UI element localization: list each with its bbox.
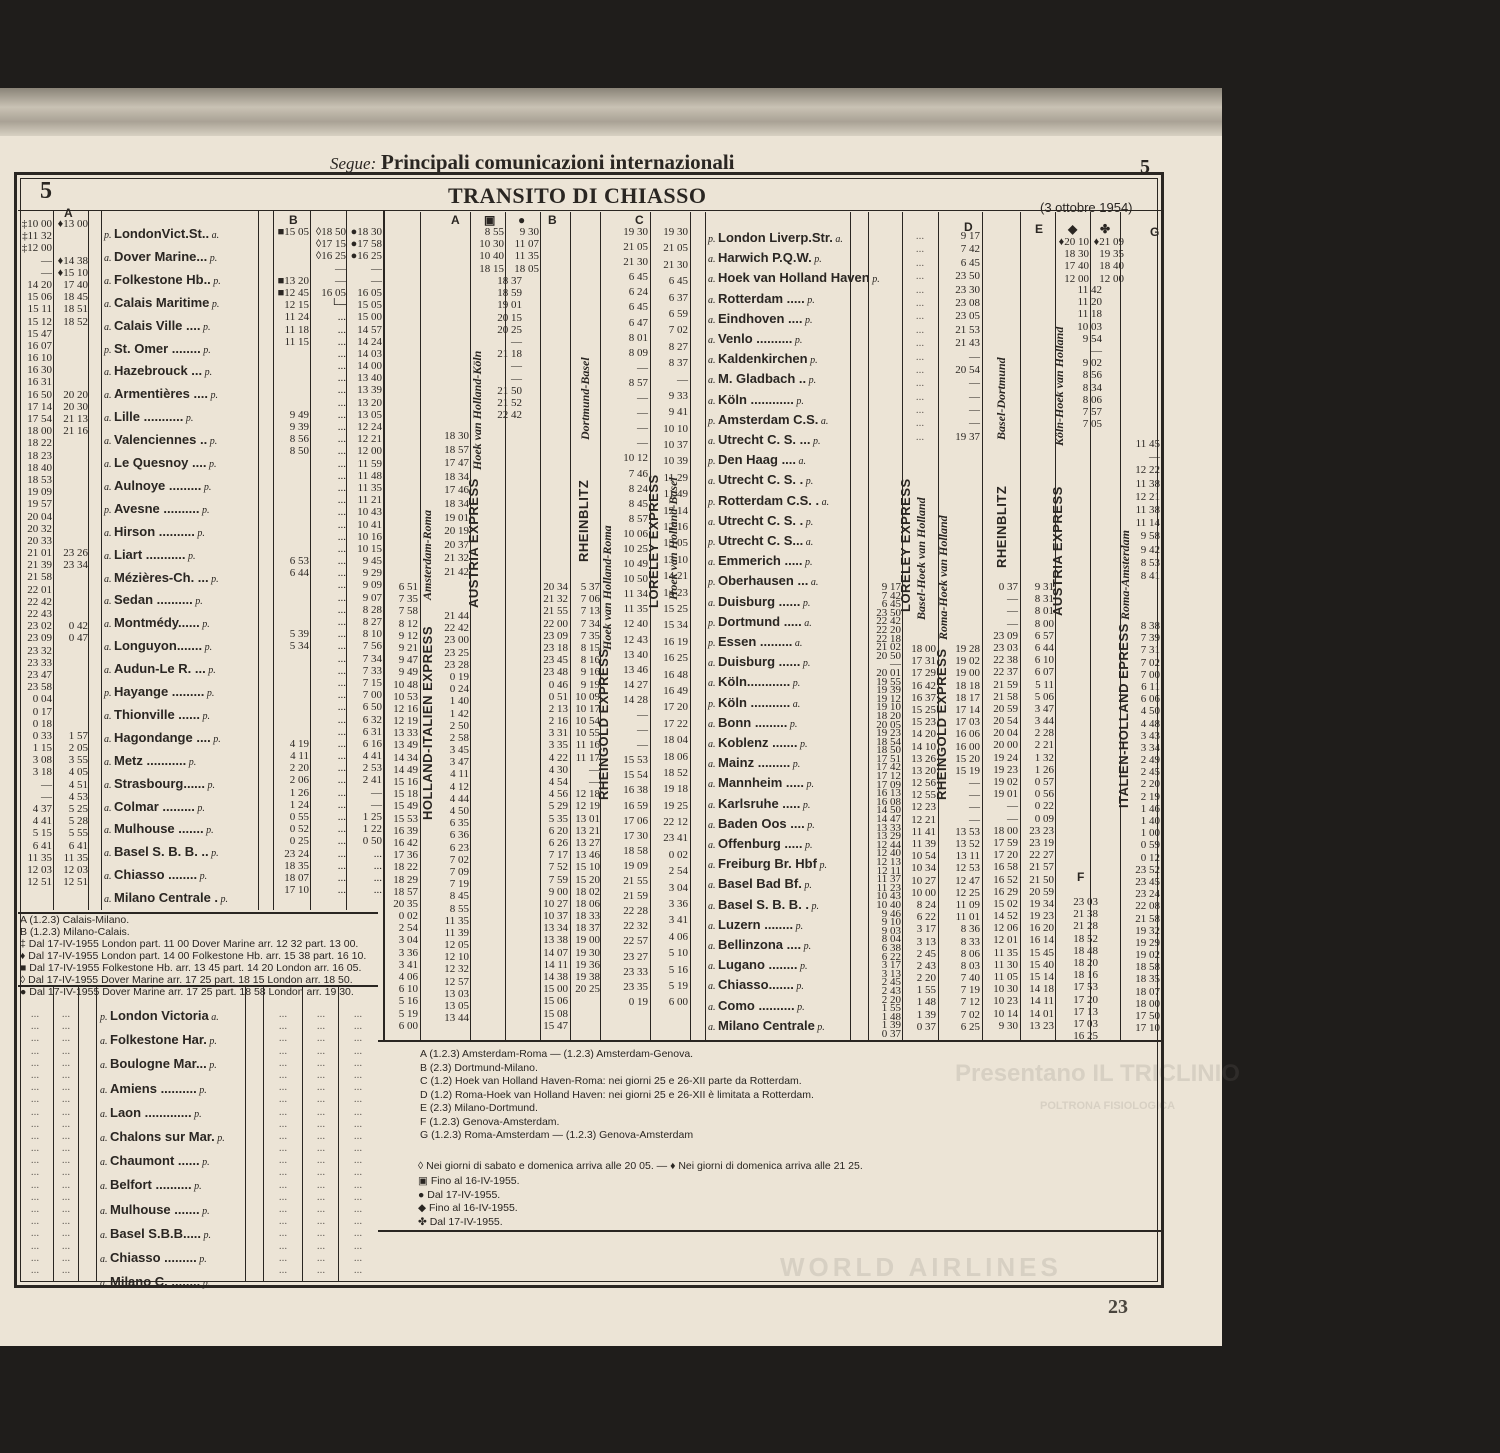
time-cell: 18 30: [1055, 248, 1089, 260]
time-cell: 15 06: [530, 995, 568, 1007]
placeholder-cell: ...: [266, 1020, 300, 1032]
time-cell: —: [612, 392, 648, 407]
time-cell: 14 34: [384, 752, 418, 764]
time-cell: 12 21: [1122, 491, 1160, 504]
time-cell: 15 02: [982, 898, 1018, 910]
arr-dep-marker: a.: [104, 390, 114, 401]
time-cell: 16 59: [612, 800, 648, 815]
time-cell: 18 04: [652, 734, 688, 750]
station-name: Bellinzona ....: [718, 937, 801, 952]
station-row: a. Como .......... p.: [708, 998, 805, 1013]
placeholder-cell: ...: [266, 1130, 300, 1142]
time-cell: 13 39: [347, 384, 382, 396]
time-cell: 10 27: [530, 898, 568, 910]
time-cell: 23 32: [18, 645, 52, 657]
time-cell: 13 05: [434, 1000, 469, 1012]
placeholder-cell: ...: [304, 1130, 338, 1142]
station-row: a. Venlo .......... p.: [708, 331, 802, 346]
arr-dep-marker: a.: [708, 678, 718, 689]
time-cell: 6 38: [868, 942, 901, 951]
arr-dep-marker: p.: [192, 1181, 202, 1192]
time-cell: 7 42: [868, 590, 901, 599]
arr-dep-marker: a.: [100, 1133, 110, 1144]
time-cell: 0 18: [18, 718, 52, 730]
time-cell: 1 40: [434, 695, 469, 707]
time-cell: 1 42: [434, 708, 469, 720]
time-cell: 8 45: [434, 890, 469, 902]
time-cell: 10 25: [612, 543, 648, 558]
column-letter-b: B: [548, 213, 557, 227]
time-cell: 15 23: [902, 716, 936, 728]
time-cell: 13 49: [384, 739, 418, 751]
time-cell: [54, 462, 88, 474]
header-rule: [18, 210, 1164, 211]
time-cell: 19 09: [18, 486, 52, 498]
placeholder-cell: ...: [266, 1264, 300, 1276]
time-cell: 7 58: [384, 605, 418, 617]
time-cell: 16 52: [982, 874, 1018, 886]
time-cell: 11 37: [868, 873, 901, 882]
time-cell: 6 57: [1020, 630, 1054, 642]
placeholder-cell: ...: [20, 1008, 50, 1020]
time-cell: 19 01: [982, 788, 1018, 800]
arr-dep-marker: p.: [787, 719, 797, 730]
station-name: Dover Marine...: [114, 249, 207, 264]
placeholder-cell: ...: [20, 1069, 50, 1081]
time-cell: 12 06: [982, 922, 1018, 934]
placeholder-cell: ...: [902, 351, 938, 364]
station-name: Chiasso .........: [110, 1250, 197, 1265]
time-cell: 0 02: [652, 849, 688, 865]
time-cell: 7 35: [570, 630, 600, 642]
time-cell: 6 20: [530, 825, 568, 837]
placeholder-cell: ...: [902, 270, 938, 283]
arr-dep-marker: a.: [100, 1206, 110, 1217]
placeholder-cell: ...: [20, 1032, 50, 1044]
time-cell: [273, 250, 309, 262]
time-cell: 1 32: [1020, 752, 1054, 764]
time-cell: 12 25: [942, 887, 980, 899]
time-cell: ...: [311, 774, 346, 786]
lower-left-col3: ........................................…: [266, 1008, 300, 1276]
time-cell: 20 01: [868, 667, 901, 676]
time-cell: 7 17: [530, 849, 568, 861]
time-cell: 17 10: [273, 884, 309, 896]
time-cell: ...: [311, 336, 346, 348]
time-cell: 10 00: [902, 887, 936, 899]
time-cell: [273, 384, 309, 396]
arr-dep-marker: p.: [208, 390, 218, 401]
time-cell: 23 50: [940, 270, 980, 283]
arr-dep-marker: a.: [104, 482, 114, 493]
time-cell: 0 12: [1122, 852, 1160, 864]
time-cell: 23 35: [612, 981, 648, 996]
placeholder-cell: ...: [340, 1081, 376, 1093]
station-name: Den Haag ....: [718, 452, 796, 467]
station-row: a. Folkestone Hb.. p.: [104, 272, 221, 287]
station-name: Montmédy......: [114, 615, 200, 630]
time-cell: ‡12 00: [18, 242, 52, 254]
time-cell: 19 32: [1122, 925, 1160, 937]
time-cell: 14 27: [612, 679, 648, 694]
arr-dep-marker: p.: [197, 871, 207, 882]
time-cell: 19 30: [612, 226, 648, 241]
arr-dep-marker: p.: [790, 678, 800, 689]
time-cell: [273, 372, 309, 384]
time-cell: [273, 397, 309, 409]
time-cell: 11 09: [942, 899, 980, 911]
col-holland-italien-right: 21 4422 4223 0023 2523 280 190 241 401 4…: [434, 610, 469, 1024]
station-name: Amiens ..........: [110, 1081, 197, 1096]
placeholder-cell: ...: [266, 1081, 300, 1093]
time-cell: 13 33: [384, 727, 418, 739]
time-cell: 6 41: [18, 840, 52, 852]
arr-dep-marker: a.: [100, 1230, 110, 1241]
time-cell: 17 20: [652, 701, 688, 717]
time-cell: 13 53: [942, 826, 980, 838]
time-cell: 16 05: [311, 287, 346, 299]
time-cell: 6 16: [347, 738, 382, 750]
time-cell: 15 05: [347, 299, 382, 311]
time-cell: 7 59: [530, 874, 568, 886]
time-cell: 22 18: [868, 633, 901, 642]
time-cell: 19 30: [652, 226, 688, 242]
time-cell: 18 29: [384, 874, 418, 886]
time-cell: 18 54: [868, 736, 901, 745]
placeholder-cell: ...: [340, 1240, 376, 1252]
time-cell: 5 37: [570, 581, 600, 593]
placeholder-cell: ...: [20, 1142, 50, 1154]
time-cell: 11 34: [612, 588, 648, 603]
time-cell: ...: [311, 506, 346, 518]
station-row: a. Bonn ......... p.: [708, 715, 797, 730]
time-cell: 8 55: [472, 226, 504, 238]
arr-dep-marker: p.: [812, 254, 822, 265]
time-cell: —: [347, 799, 382, 811]
time-cell: 2 53: [347, 762, 382, 774]
time-cell: 21 59: [612, 890, 648, 905]
time-cell: [54, 535, 88, 547]
time-cell: 6 35: [434, 817, 469, 829]
arr-dep-marker: a.: [104, 619, 114, 630]
station-name: Freiburg Br. Hbf: [718, 856, 817, 871]
chiasso-notes: ◊ Nei giorni di sabato e domenica arriva…: [418, 1160, 978, 1174]
time-cell: 6 45: [652, 275, 688, 291]
time-cell: 12 24: [347, 421, 382, 433]
station-row: a. Basel S. B. B. . p.: [708, 897, 819, 912]
placeholder-cell: ...: [902, 337, 938, 350]
arr-dep-marker: p.: [205, 780, 215, 791]
placeholder-cell: ...: [266, 1069, 300, 1081]
time-cell: 10 43: [868, 890, 901, 899]
time-cell: 4 56: [530, 788, 568, 800]
time-cell: ...: [311, 726, 346, 738]
time-cell: 6 37: [652, 292, 688, 308]
time-cell: 12 57: [434, 976, 469, 988]
train-route: Hoek van Holland-Roma: [600, 525, 615, 650]
time-cell: 13 52: [942, 838, 980, 850]
time-cell: 19 01: [486, 299, 522, 311]
time-cell: 13 20: [347, 397, 382, 409]
time-cell: 1 48: [868, 1011, 901, 1020]
time-cell: 6 24: [612, 286, 648, 301]
time-cell: ♦15 10: [54, 267, 88, 279]
arr-dep-marker: a.: [708, 274, 718, 285]
station-row: a. Le Quesnoy .... p.: [104, 455, 216, 470]
arr-dep-marker: a.: [104, 596, 114, 607]
train-label: LORELEY EXPRESS: [898, 478, 913, 612]
station-name: Hirson ..........: [114, 524, 195, 539]
footnote: B (1.2.3) Milano-Calais.: [20, 926, 380, 938]
time-cell: 2 21: [1020, 739, 1054, 751]
col-A-upper: 18 3018 5717 4718 3417 4618 3419 0120 19…: [434, 430, 469, 580]
time-cell: 6 45: [612, 271, 648, 286]
station-row: a. Köln ............ p.: [708, 392, 804, 407]
time-cell: ...: [311, 348, 346, 360]
time-cell: 3 13: [868, 968, 901, 977]
station-row: p. London Victoria a.: [100, 1008, 219, 1023]
placeholder-cell: ...: [20, 1081, 50, 1093]
arr-dep-marker: p.: [792, 335, 802, 346]
time-cell: 1 55: [902, 984, 936, 996]
time-cell: [273, 482, 309, 494]
placeholder-cell: ...: [304, 1106, 338, 1118]
time-cell: 22 32: [612, 920, 648, 935]
time-cell: ...: [311, 604, 346, 616]
placeholder-cell: ...: [266, 1106, 300, 1118]
time-cell: 22 43: [18, 608, 52, 620]
time-cell: 2 20: [273, 762, 309, 774]
station-row: a. Longuyon....... p.: [104, 638, 212, 653]
time-cell: ●16 25: [347, 250, 382, 262]
footnote: ◆ Fino al 16-IV-1955.: [418, 1202, 718, 1216]
station-name: Emmerich .....: [718, 553, 803, 568]
time-cell: 5 19: [384, 1008, 418, 1020]
time-cell: 7 52: [530, 861, 568, 873]
footnote: B (2.3) Dortmund-Milano.: [420, 1062, 1020, 1076]
placeholder-cell: ...: [54, 1240, 78, 1252]
station-row: p. Dortmund ..... a.: [708, 614, 812, 629]
arr-dep-marker: p.: [800, 800, 810, 811]
arr-dep-marker: p.: [870, 274, 880, 285]
time-cell: 8 37: [652, 357, 688, 373]
time-cell: 21 30: [612, 256, 648, 271]
time-cell: ...: [347, 884, 382, 896]
arr-dep-marker: a.: [104, 322, 114, 333]
time-cell: ...: [311, 750, 346, 762]
time-cell: [54, 450, 88, 462]
arr-dep-marker: p.: [809, 901, 819, 912]
station-row: a. Chiasso ........ p.: [104, 867, 207, 882]
arr-dep-marker: p.: [200, 711, 210, 722]
time-cell: 3 41: [384, 959, 418, 971]
time-cell: 17 30: [612, 830, 648, 845]
time-cell: 3 08: [18, 754, 52, 766]
time-cell: 19 09: [612, 860, 648, 875]
time-cell: 13 33: [868, 822, 901, 831]
placeholder-cell: ...: [340, 1032, 376, 1044]
time-cell: 22 28: [612, 905, 648, 920]
station-name: Longuyon.......: [114, 638, 202, 653]
arr-dep-marker: p.: [211, 276, 221, 287]
station-name: Hayange .........: [114, 684, 204, 699]
lower-left-col5: ........................................…: [340, 1008, 376, 1276]
placeholder-cell: ...: [266, 1142, 300, 1154]
time-cell: 18 51: [54, 303, 88, 315]
station-name: Hoek van Holland Haven: [718, 270, 870, 285]
time-cell: 1 24: [273, 799, 309, 811]
time-cell: 20 34: [530, 581, 568, 593]
time-cell: 21 58: [982, 691, 1018, 703]
arr-dep-marker: p.: [708, 577, 718, 588]
time-cell: 0 09: [1020, 813, 1054, 825]
time-cell: ◊17 15: [311, 238, 346, 250]
station-name: Rotterdam .....: [718, 291, 805, 306]
time-cell: 18 57: [434, 444, 469, 458]
time-cell: 8 01: [612, 332, 648, 347]
station-name: Mulhouse .......: [114, 821, 204, 836]
station-name: Mézières-Ch. ...: [114, 570, 209, 585]
column-letter-c: C: [635, 213, 644, 227]
time-cell: 18 00: [982, 825, 1018, 837]
station-name: Oberhausen ...: [718, 573, 808, 588]
time-cell: 17 50: [1122, 1010, 1160, 1022]
time-cell: 7 42: [940, 243, 980, 256]
time-cell: 11 59: [347, 458, 382, 470]
time-cell: 7 00: [347, 689, 382, 701]
time-cell: 6 22: [868, 951, 901, 960]
time-cell: 18 34: [434, 471, 469, 485]
time-cell: 1 26: [1020, 764, 1054, 776]
time-cell: 18 52: [652, 767, 688, 783]
arr-dep-marker: a.: [708, 476, 718, 487]
arr-dep-marker: p.: [804, 779, 814, 790]
station-row: a. Offenburg ..... p.: [708, 836, 813, 851]
arr-dep-marker: p.: [193, 596, 203, 607]
time-cell: 2 54: [652, 865, 688, 881]
time-cell: 8 24: [612, 483, 648, 498]
arr-dep-marker: a.: [100, 1036, 110, 1047]
time-cell: 19 12: [868, 693, 901, 702]
placeholder-cell: ...: [304, 1227, 338, 1239]
time-cell: 4 11: [434, 768, 469, 780]
time-cell: ...: [311, 470, 346, 482]
station-name: Avesne ..........: [114, 501, 200, 516]
time-cell: [54, 706, 88, 718]
placeholder-cell: ...: [304, 1045, 338, 1057]
arr-dep-marker: a.: [708, 436, 718, 447]
arr-dep-marker: a.: [808, 577, 818, 588]
time-cell: —: [347, 275, 382, 287]
time-cell: [273, 604, 309, 616]
time-cell: 6 26: [530, 837, 568, 849]
placeholder-cell: ...: [266, 1227, 300, 1239]
time-cell: 18 02: [570, 886, 600, 898]
arr-dep-marker: a.: [708, 739, 718, 750]
time-cell: 23 24: [273, 848, 309, 860]
left-times-col5-B: ■15 05■13 20■12 4512 1511 2411 1811 159 …: [273, 226, 309, 896]
placeholder-cell: ...: [266, 1166, 300, 1178]
time-cell: 8 28: [347, 604, 382, 616]
time-cell: 9 03: [868, 925, 901, 934]
arr-dep-marker: p.: [708, 497, 718, 508]
time-cell: 1 26: [273, 787, 309, 799]
time-cell: [273, 616, 309, 628]
time-cell: ...: [311, 811, 346, 823]
time-cell: ...: [311, 665, 346, 677]
time-cell: 10 53: [384, 691, 418, 703]
time-cell: [273, 543, 309, 555]
arr-dep-marker: p.: [803, 476, 813, 487]
arr-dep-marker: a.: [708, 1022, 718, 1033]
placeholder-cell: ...: [902, 364, 938, 377]
arr-dep-marker: p.: [800, 598, 810, 609]
time-cell: 23 26: [54, 547, 88, 559]
time-cell: 13 20: [902, 765, 936, 777]
arr-dep-marker: a.: [104, 871, 114, 882]
placeholder-cell: ...: [266, 1093, 300, 1105]
time-cell: 8 27: [652, 341, 688, 357]
time-cell: 6 00: [652, 996, 688, 1012]
footnote: E (2.3) Milano-Dortmund.: [420, 1102, 1020, 1116]
time-cell: 0 37: [902, 1021, 936, 1033]
time-cell: 19 24: [982, 752, 1018, 764]
time-cell: 19 36: [570, 959, 600, 971]
station-name: Chalons sur Mar.: [110, 1129, 215, 1144]
time-cell: 13 01: [570, 813, 600, 825]
col-loreley-left: 9 177 426 4523 5022 4222 2022 1821 0220 …: [868, 581, 901, 1036]
time-cell: 14 00: [347, 360, 382, 372]
arr-dep-marker: p.: [708, 234, 718, 245]
time-cell: [54, 230, 88, 242]
footnote: ◊ Nei giorni di sabato e domenica arriva…: [418, 1160, 978, 1174]
time-cell: 7 02: [652, 324, 688, 340]
arr-dep-marker: a.: [104, 734, 114, 745]
time-cell: 3 31: [530, 727, 568, 739]
placeholder-cell: ...: [902, 377, 938, 390]
column-divider: [850, 212, 851, 1040]
placeholder-cell: ...: [20, 1191, 50, 1203]
time-cell: 17 51: [868, 753, 901, 762]
time-cell: 18 20: [868, 710, 901, 719]
time-cell: 15 14: [1020, 971, 1054, 983]
time-cell: 19 34: [1020, 898, 1054, 910]
placeholder-cell: ...: [20, 1203, 50, 1215]
station-name: Köln............: [718, 674, 790, 689]
station-name: Thionville ......: [114, 707, 200, 722]
time-cell: ...: [311, 628, 346, 640]
arr-dep-marker: p.: [805, 295, 815, 306]
arr-dep-marker: p.: [104, 505, 114, 516]
time-cell: 12 32: [434, 963, 469, 975]
time-cell: [273, 470, 309, 482]
station-row: a. Folkestone Har. p.: [100, 1032, 217, 1047]
time-cell: 21 39: [18, 559, 52, 571]
time-cell: 6 31: [347, 726, 382, 738]
placeholder-cell: ...: [20, 1154, 50, 1166]
time-cell: 12 44: [868, 839, 901, 848]
time-cell: 1 15: [18, 742, 52, 754]
time-cell: ...: [311, 433, 346, 445]
arr-dep-marker: p.: [207, 253, 217, 264]
time-cell: 18 00: [1122, 998, 1160, 1010]
time-cell: 23 45: [1122, 876, 1160, 888]
placeholder-cell: ...: [54, 1118, 78, 1130]
time-cell: 17 09: [868, 779, 901, 788]
station-row: a. Metz ........... p.: [104, 753, 196, 768]
time-cell: ...: [311, 458, 346, 470]
time-cell: 1 39: [902, 1009, 936, 1021]
